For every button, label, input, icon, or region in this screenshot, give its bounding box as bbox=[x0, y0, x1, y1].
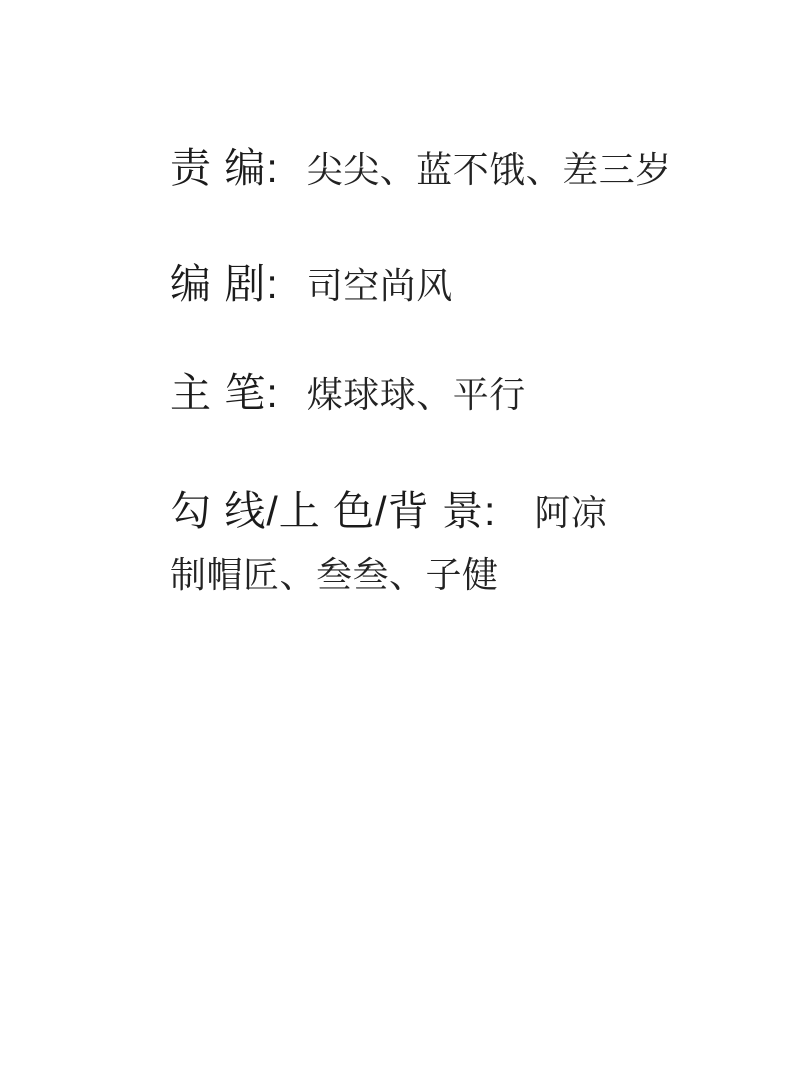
credit-row-lineart-color-background: 勾 线/上 色/背 景: 阿凉 bbox=[170, 478, 607, 537]
credit-value-lead-artist: 煤球球、平行 bbox=[307, 367, 526, 418]
credit-value-lineart-color-background-continuation: 制帽匠、叁叁、子健 bbox=[170, 547, 499, 598]
credit-row-lead-artist: 主 笔: 煤球球、平行 bbox=[170, 360, 526, 419]
credit-label-lead-artist: 主 笔: bbox=[170, 360, 279, 419]
credit-label-screenwriter: 编 剧: bbox=[170, 251, 279, 310]
credits-page: 责 编: 尖尖、蓝不饿、差三岁 编 剧: 司空尚风 主 笔: 煤球球、平行 勾 … bbox=[0, 0, 800, 1066]
credit-value-lineart-color-background: 阿凉 bbox=[534, 485, 607, 536]
credit-label-lineart-color-background: 勾 线/上 色/背 景: bbox=[170, 478, 496, 537]
credit-label-editor: 责 编: bbox=[170, 135, 279, 194]
credit-value-editor: 尖尖、蓝不饿、差三岁 bbox=[307, 142, 672, 193]
credit-value-screenwriter: 司空尚风 bbox=[307, 258, 453, 309]
credit-row-screenwriter: 编 剧: 司空尚风 bbox=[170, 251, 453, 310]
credit-row-editor: 责 编: 尖尖、蓝不饿、差三岁 bbox=[170, 135, 672, 194]
